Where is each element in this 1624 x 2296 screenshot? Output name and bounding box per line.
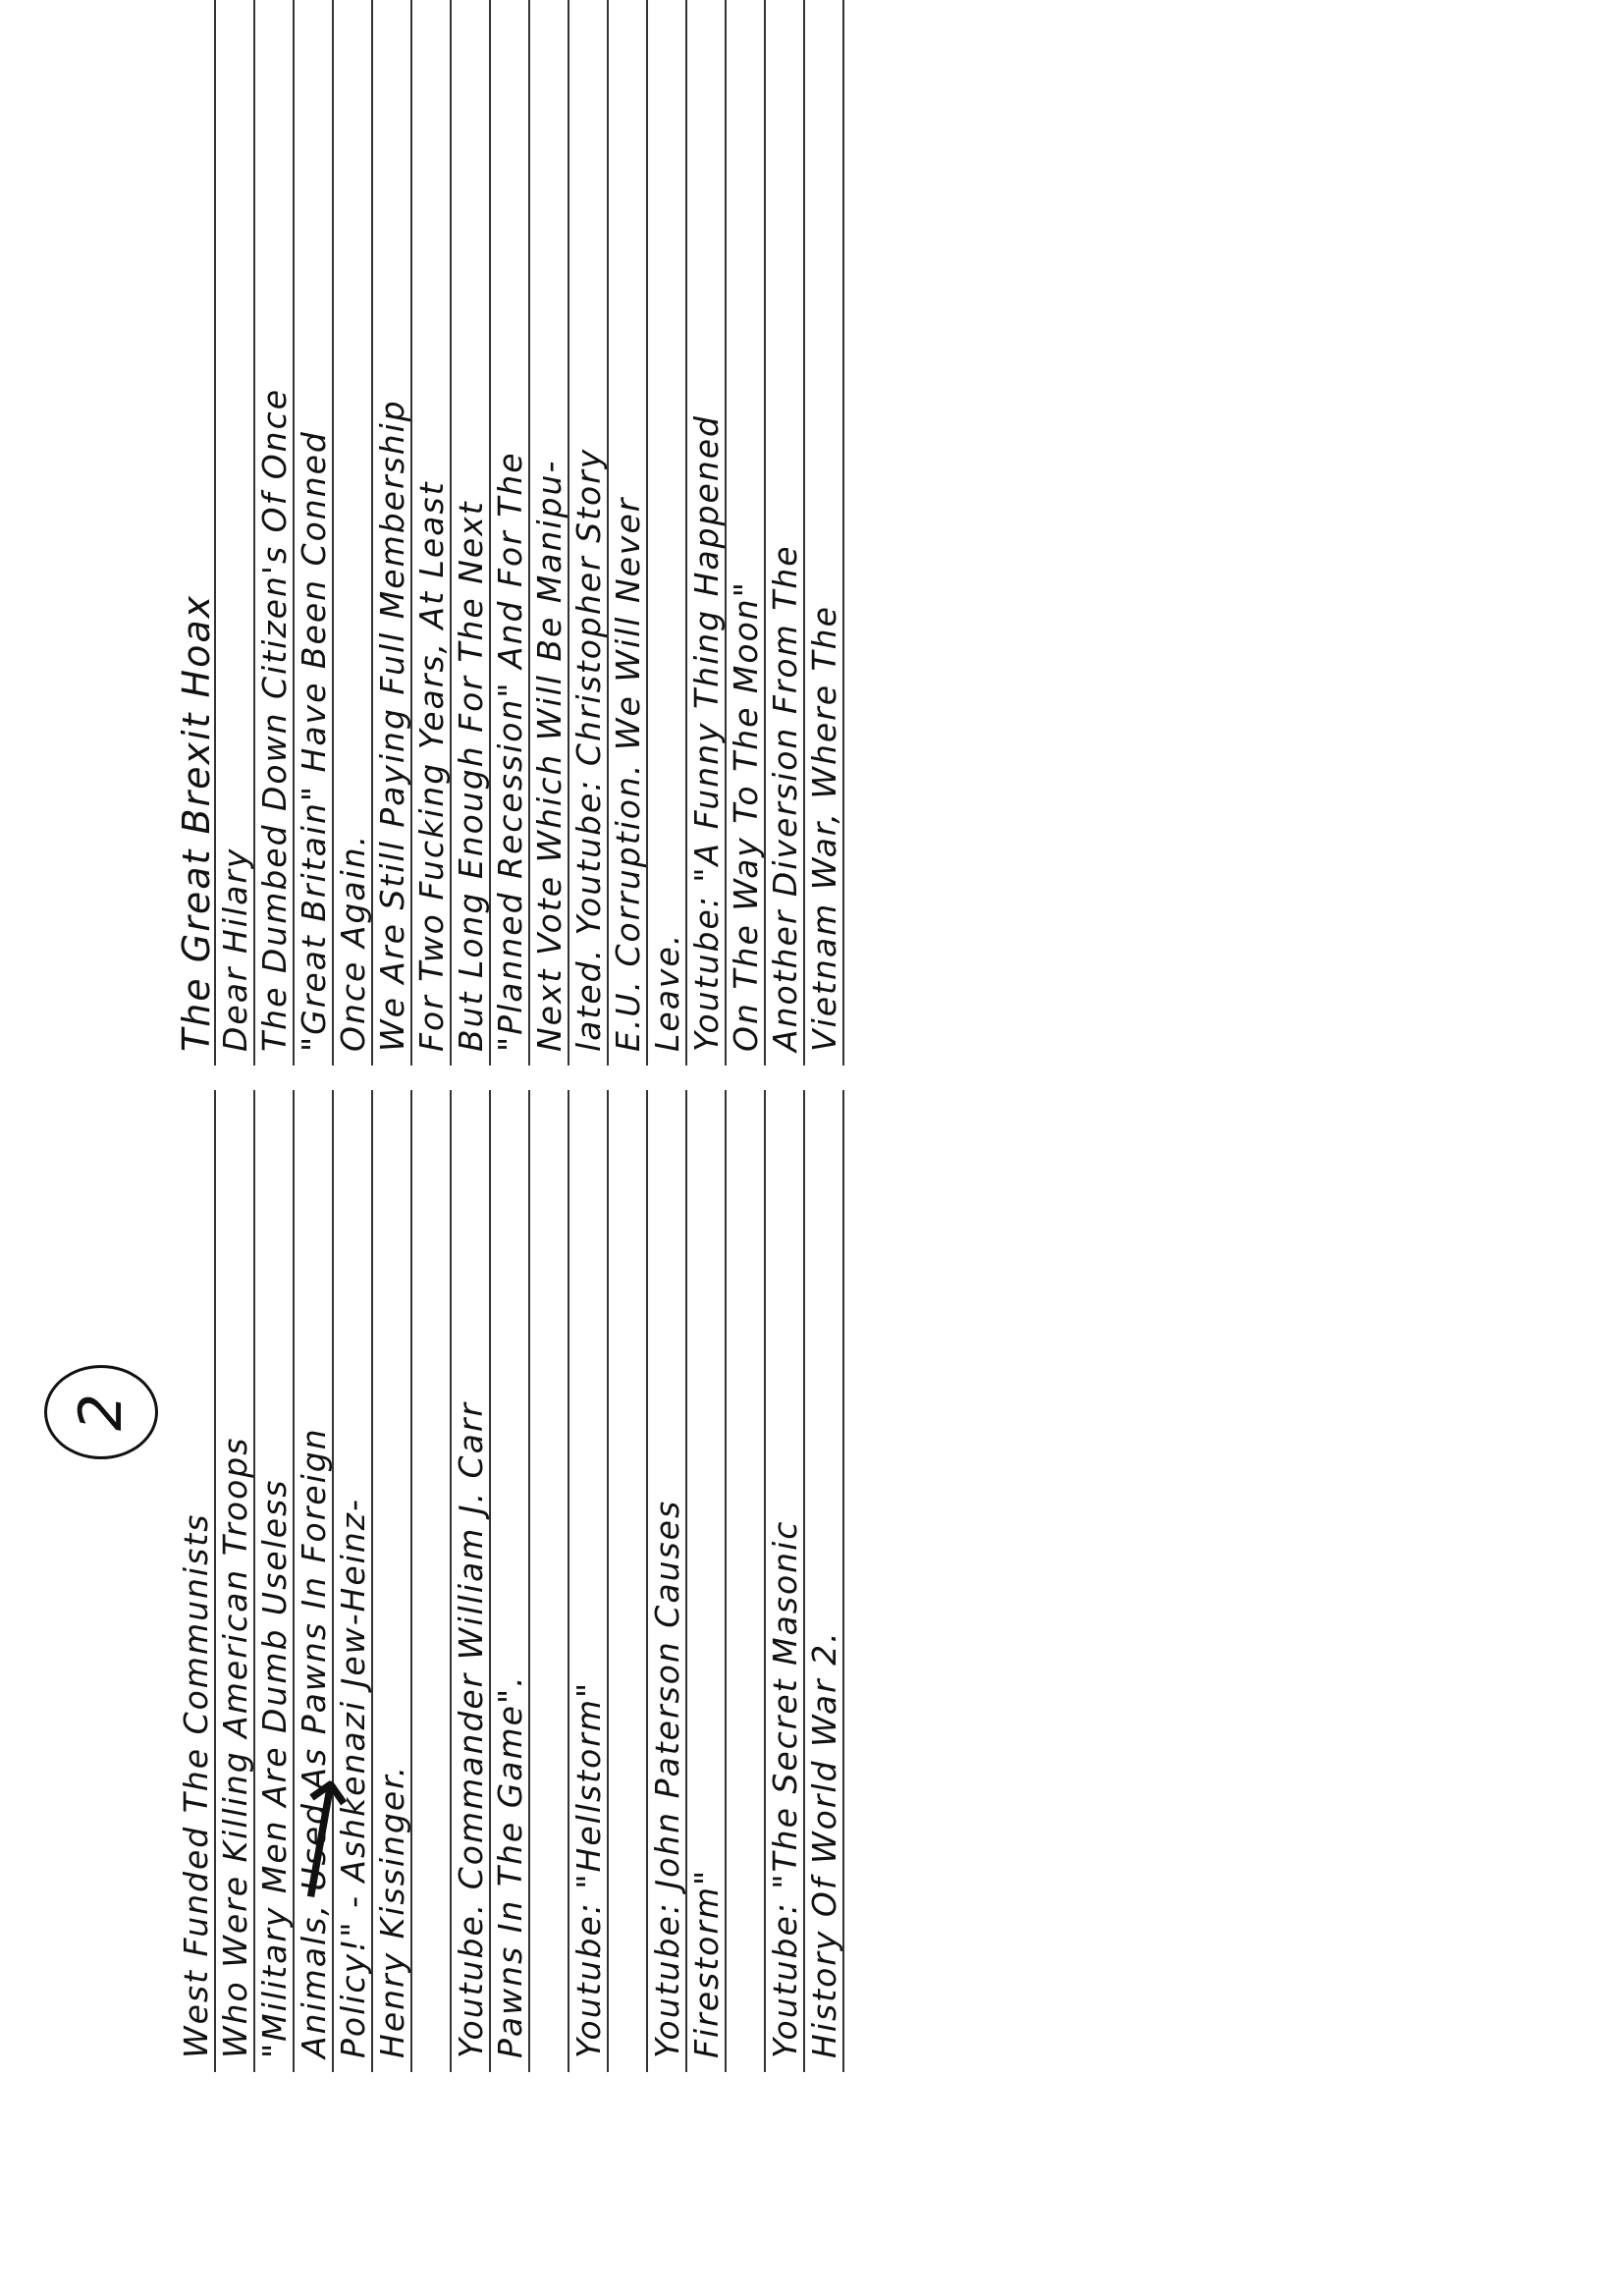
page-1: 1 The Great Brexit Hoax Dear HilaryThe D… — [177, 0, 1404, 1066]
text-line: Who Were Killing American Troops — [216, 1090, 255, 2072]
text-line: Next Vote Which Will Be Manipu- — [530, 0, 569, 1066]
text-line: "Military Men Are Dumb Useless — [255, 1090, 295, 2072]
page-1-sheet: 1 The Great Brexit Hoax Dear HilaryThe D… — [177, 0, 1404, 1066]
page-title: The Great Brexit Hoax — [177, 0, 216, 1066]
text-line — [727, 1090, 766, 2072]
page-2-sheet: West Funded The CommunistsWho Were Killi… — [177, 1090, 1404, 2072]
text-line — [609, 1090, 648, 2072]
text-line — [530, 1090, 569, 2072]
text-line: lated. Youtube: Christopher Story — [569, 0, 609, 1066]
page-1-body: Dear HilaryThe Dumbed Down Citizen's Of … — [216, 0, 844, 1066]
text-line: For Two Fucking Years, At Least — [412, 0, 452, 1066]
text-line: But Long Enough For The Next — [452, 0, 491, 1066]
text-line: Youtube. Commander William J. Carr — [452, 1090, 491, 2072]
text-line: Animals, Used As Pawns In Foreign — [295, 1090, 334, 2072]
text-line: Another Diversion From The — [766, 0, 805, 1066]
text-line: West Funded The Communists — [177, 1090, 216, 2072]
text-line: Firestorm" — [687, 1090, 727, 2072]
text-line: "Great Britain" Have Been Conned — [295, 0, 334, 1066]
text-line: On The Way To The Moon" — [727, 0, 766, 1066]
text-line: The Dumbed Down Citizen's Of Once — [255, 0, 295, 1066]
page-number-2: 2 — [44, 1365, 158, 1459]
text-line: Leave. — [648, 0, 687, 1066]
page-2: West Funded The CommunistsWho Were Killi… — [177, 1090, 1404, 2072]
text-line: Youtube: John Paterson Causes — [648, 1090, 687, 2072]
text-line: Once Again. — [334, 0, 373, 1066]
text-line: Henry Kissinger. — [373, 1090, 412, 2072]
text-line: Youtube: "Hellstorm" — [569, 1090, 609, 2072]
text-line: E.U. Corruption. We Will Never — [609, 0, 648, 1066]
page-2-body: West Funded The CommunistsWho Were Killi… — [177, 1090, 844, 2072]
text-line: We Are Still Paying Full Membership — [373, 0, 412, 1066]
text-line: Policy!" - Ashkenazi Jew-Heinz- — [334, 1090, 373, 2072]
text-line — [412, 1090, 452, 2072]
text-line: History Of World War 2. — [805, 1090, 844, 2072]
continue-arrow-icon: ⟶ — [257, 1768, 381, 1910]
text-line: Youtube: "The Secret Masonic — [766, 1090, 805, 2072]
text-line: Vietnam War, Where The — [805, 0, 844, 1066]
text-line: Youtube: "A Funny Thing Happened — [687, 0, 727, 1066]
text-line: "Planned Recession" And For The — [491, 0, 530, 1066]
text-line: Dear Hilary — [216, 0, 255, 1066]
text-line: Pawns In The Game". — [491, 1090, 530, 2072]
